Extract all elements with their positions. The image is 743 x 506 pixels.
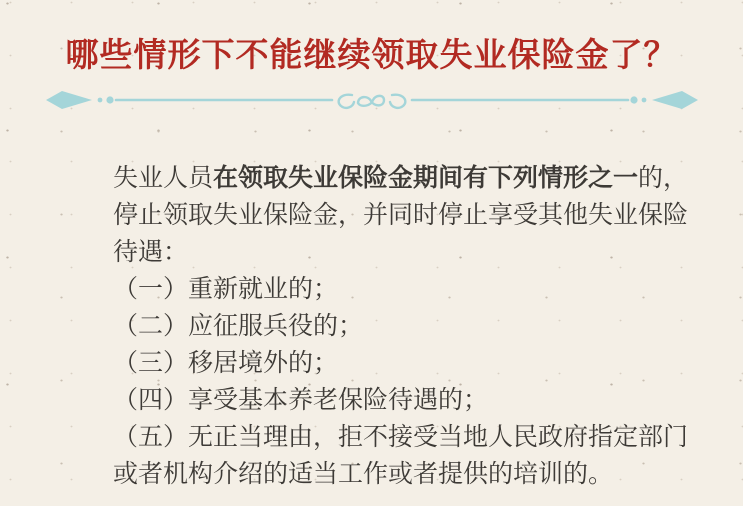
intro-normal-start: 失业人员 — [113, 164, 213, 192]
divider-right-dot-large-icon — [630, 96, 637, 103]
intro-line-1: 失业人员在领取失业保险金期间有下列情形之一的， — [113, 160, 688, 197]
intro-line-3: 待遇： — [113, 234, 688, 271]
intro-normal-end: 的， — [638, 164, 688, 192]
page-title: 哪些情形下不能继续领取失业保险金了？ — [0, 0, 743, 76]
unemployment-insurance-poster: 哪些情形下不能继续领取失业保险金了？ — [0, 0, 743, 506]
list-item-4: （四）享受基本养老保险待遇的； — [113, 382, 688, 419]
divider-left-dot-small-icon — [97, 98, 102, 103]
divider-center-scroll-icon — [338, 95, 405, 108]
ornamental-divider — [42, 84, 702, 116]
divider-right-kite-icon — [652, 91, 698, 109]
divider-scroll-icon — [42, 84, 702, 116]
divider-right-dot-small-icon — [641, 98, 646, 103]
intro-bold-condition: 在领取失业保险金期间有下列情形之一 — [213, 164, 638, 192]
divider-left-dot-large-icon — [106, 96, 113, 103]
body-text: 失业人员在领取失业保险金期间有下列情形之一的， 停止领取失业保险金，并同时停止享… — [0, 160, 688, 493]
list-item-1: （一）重新就业的； — [113, 271, 688, 308]
list-item-3: （三）移居境外的； — [113, 345, 688, 382]
list-item-5: （五）无正当理由，拒不接受当地人民政府指定部门 — [113, 419, 688, 456]
intro-line-2: 停止领取失业保险金，并同时停止享受其他失业保险 — [113, 197, 688, 234]
list-item-5-continued: 或者机构介绍的适当工作或者提供的培训的。 — [113, 456, 688, 493]
divider-left-kite-icon — [46, 91, 92, 109]
list-item-2: （二）应征服兵役的； — [113, 308, 688, 345]
